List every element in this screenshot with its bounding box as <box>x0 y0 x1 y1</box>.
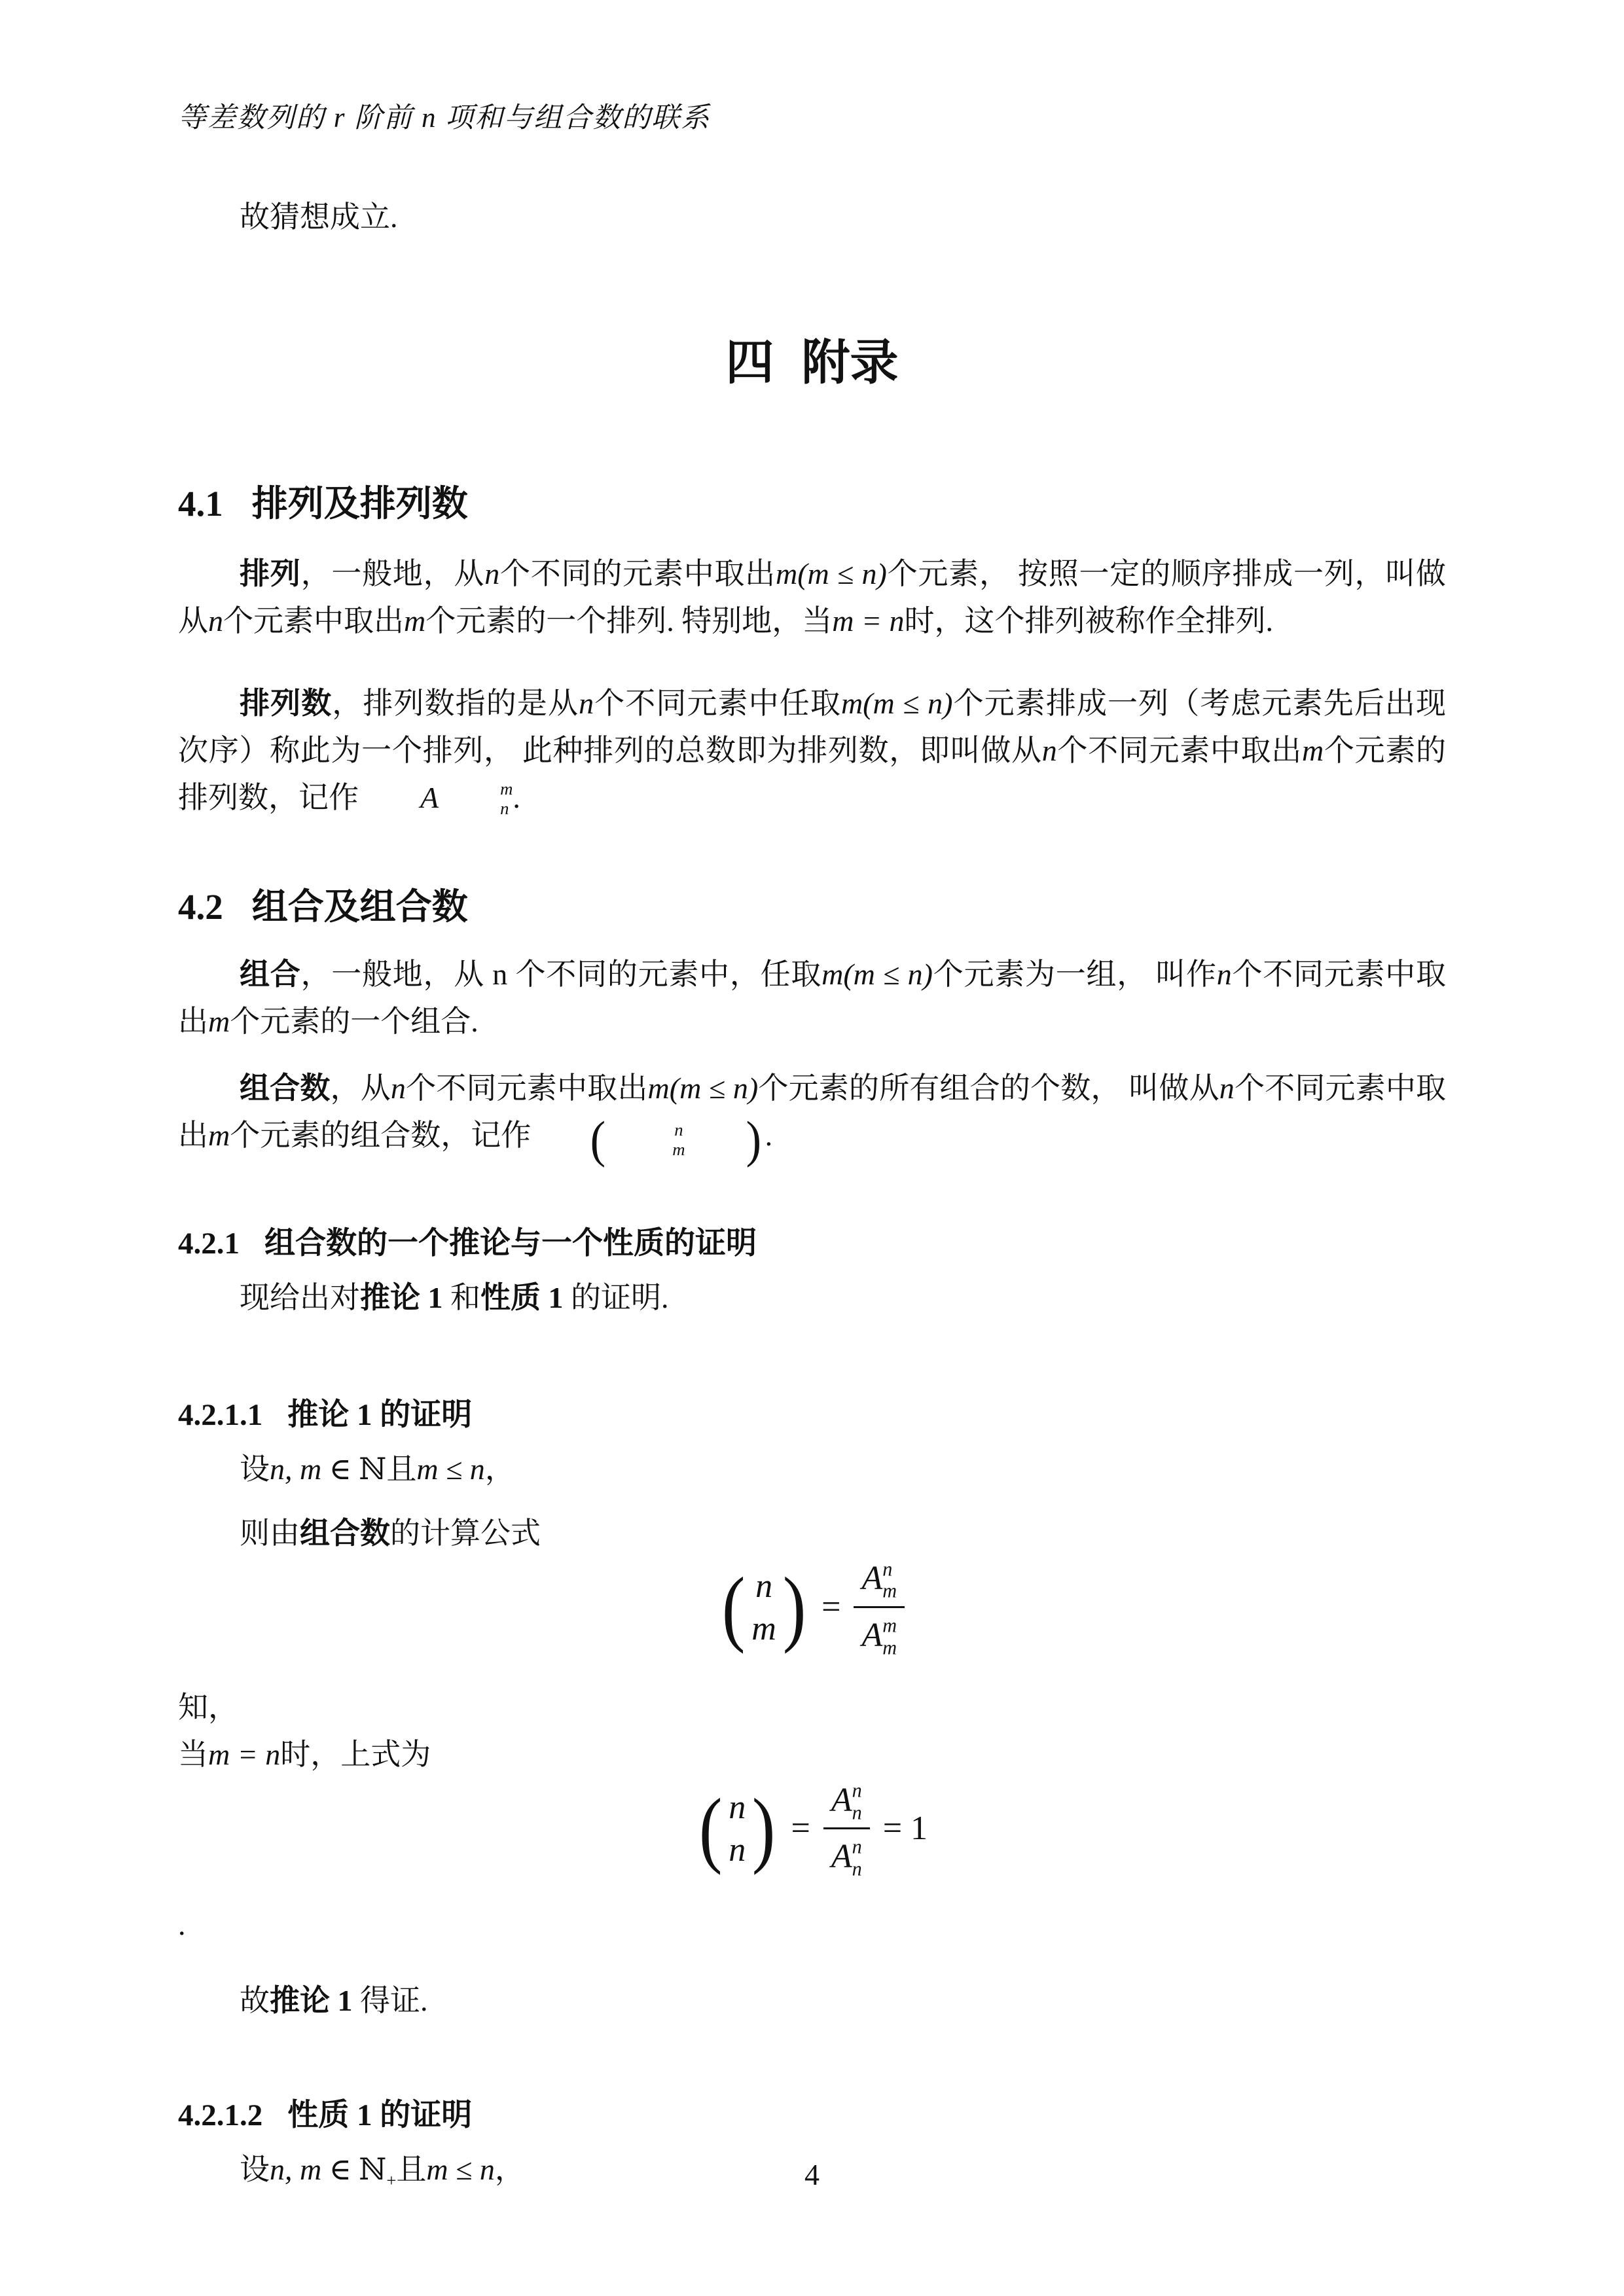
text-segment: 的计算公式 <box>390 1516 541 1550</box>
text-segment: 个不同的元素中取出 <box>499 557 776 590</box>
paragraph-know: 知， <box>178 1684 1446 1731</box>
subsubsection-number: 4.2.1.2 <box>178 2098 262 2132</box>
fraction: A n n A n n <box>823 1778 870 1879</box>
text-segment: 排列 <box>240 557 301 590</box>
display-formula-binom-nn: ( n n ) = A n n <box>0 1778 1624 1879</box>
text-segment: m(m ≤ n) <box>776 557 887 590</box>
subsubsection-number: 4.2.1.1 <box>178 1398 262 1432</box>
section-heading-4-2: 4.2组合及组合数 <box>178 884 1446 930</box>
text-segment: 个不同元素中取出 <box>406 1071 648 1105</box>
equals-sign: = <box>791 1812 810 1846</box>
subsubsection-heading-4-2-1-2: 4.2.1.2性质 1 的证明 <box>178 2095 1446 2136</box>
text-segment: m(m ≤ n) <box>648 1071 759 1105</box>
numerator-base: A <box>861 1562 882 1596</box>
denominator-base: A <box>861 1619 882 1653</box>
subsubsection-heading-4-2-1-1: 4.2.1.1推论 1 的证明 <box>178 1395 1446 1435</box>
text-segment: 推论 1 <box>270 1984 353 2017</box>
text-segment: ∈ ℕ且 <box>321 1452 416 1486</box>
display-formula-binom-definition: ( n m ) = A n m <box>0 1557 1624 1658</box>
section-title: 排列及排列数 <box>252 484 468 524</box>
left-paren: ( <box>699 1786 723 1871</box>
equals-sign: = <box>821 1590 840 1624</box>
text-segment: ，排列数指的是从 <box>332 687 579 720</box>
paragraph-proof-intro: 现给出对推论 1 和性质 1 的证明. <box>178 1274 1446 1321</box>
chapter-number: 四 <box>726 336 774 390</box>
section-heading-4-1: 4.1排列及排列数 <box>178 481 1446 527</box>
paragraph-when-m-equals-n: 当m = n时，上式为 <box>178 1731 1446 1778</box>
fraction: A n m A m m <box>854 1557 905 1658</box>
text-segment: m = n <box>832 604 904 637</box>
text-segment: 得证. <box>353 1984 428 2017</box>
text-segment: (nm) <box>531 1114 765 1165</box>
numerator-subscript: n <box>852 1802 862 1824</box>
text-segment: ，从 <box>331 1071 391 1105</box>
text-segment: m ≤ n <box>416 1452 484 1486</box>
text-segment: m <box>404 604 425 637</box>
text-segment: 组合数 <box>300 1516 390 1550</box>
text-segment: n, m <box>270 1452 321 1486</box>
text-segment: 个不同元素中任取 <box>594 687 841 720</box>
text-segment: m <box>208 1119 230 1152</box>
text-segment: m(m ≤ n) <box>841 687 953 720</box>
text-segment: . <box>513 781 520 814</box>
section-title: 组合及组合数 <box>252 887 468 927</box>
text-segment: 设 <box>240 1452 270 1486</box>
paragraph-then-formula: 则由组合数的计算公式 <box>178 1510 1446 1557</box>
section-number: 4.2 <box>178 887 223 927</box>
equals-one: = 1 <box>883 1812 928 1846</box>
text-segment: 个元素的一个排列. 特别地，当 <box>425 604 832 637</box>
text-segment: 个元素的一个组合. <box>230 1005 478 1038</box>
denominator-superscript: n <box>852 1837 862 1859</box>
text-segment: 组合数 <box>240 1071 331 1105</box>
text-segment: 现给出对 <box>240 1281 360 1314</box>
subsubsection-title: 性质 1 的证明 <box>287 2098 472 2132</box>
text-segment: 性质 1 <box>480 1281 564 1314</box>
binom-top: n <box>755 1565 772 1607</box>
text-segment: ，一般地，从 <box>301 557 485 590</box>
text-segment: . <box>178 1908 186 1941</box>
text-segment: 个元素中取出 <box>223 604 404 637</box>
subsubsection-title: 推论 1 的证明 <box>287 1398 472 1432</box>
denominator-base: A <box>831 1840 852 1874</box>
text-segment: n <box>1219 1071 1235 1105</box>
text-segment: n <box>579 687 594 720</box>
text-segment: 时，这个排列被称作全排列. <box>905 604 1274 637</box>
text-segment: 的证明. <box>564 1281 669 1314</box>
binom-bottom: n <box>729 1829 746 1871</box>
text-segment: ， <box>485 1452 515 1486</box>
binom-bottom: m <box>751 1607 776 1650</box>
right-paren: ) <box>783 1565 806 1650</box>
text-segment: 和 <box>443 1281 481 1314</box>
paragraph-combination-number: 组合数，从n个不同元素中取出m(m ≤ n)个元素的所有组合的个数， 叫做从n个… <box>178 1065 1446 1166</box>
text-segment: 故猜想成立. <box>240 200 398 234</box>
page-number: 4 <box>0 2157 1624 2192</box>
text-segment: 故 <box>240 1984 270 2017</box>
text-segment: m = n <box>208 1738 280 1771</box>
text-segment: 组合 <box>240 958 301 991</box>
paragraph-stray-period: . <box>178 1901 1446 1948</box>
numerator-base: A <box>831 1784 852 1818</box>
text-segment: 个元素的所有组合的个数， 叫做从 <box>758 1071 1219 1105</box>
text-segment: 推论 1 <box>360 1281 443 1314</box>
paragraph-let-nm: 设n, m ∈ ℕ且m ≤ n， <box>178 1446 1446 1493</box>
text-segment: 时，上式为 <box>280 1738 431 1771</box>
document-page: 等差数列的 r 阶前 n 项和与组合数的联系 故猜想成立. 四附录 4.1排列及… <box>0 0 1624 2296</box>
numerator-subscript: m <box>882 1581 897 1603</box>
text-segment: m <box>1302 734 1324 767</box>
text-segment: n <box>484 557 499 590</box>
text-segment: 知， <box>178 1691 238 1724</box>
text-segment: 个元素的组合数，记作 <box>230 1119 531 1152</box>
text-segment: ，一般地，从 n 个不同的元素中，任取 <box>301 958 822 991</box>
text-segment: n <box>1042 734 1057 767</box>
subsection-title: 组合数的一个推论与一个性质的证明 <box>264 1227 757 1261</box>
text-segment: m(m ≤ n) <box>821 958 933 991</box>
paragraph-permutation-number: 排列数，排列数指的是从n个不同元素中任取m(m ≤ n)个元素排成一列（考虑元素… <box>178 680 1446 821</box>
text-segment: . <box>765 1119 773 1152</box>
left-paren: ( <box>722 1565 746 1650</box>
chapter-title: 附录 <box>802 336 899 390</box>
binom-top: n <box>729 1786 746 1829</box>
text-segment: 当 <box>178 1738 208 1771</box>
text-segment: n <box>391 1071 406 1105</box>
text-segment: m <box>208 1005 230 1038</box>
paragraph-conclusion-top: 故猜想成立. <box>178 194 1446 241</box>
text-segment: n <box>208 604 223 637</box>
paragraph-permutation: 排列，一般地，从n个不同的元素中取出m(m ≤ n)个元素， 按照一定的顺序排成… <box>178 550 1446 645</box>
denominator-superscript: m <box>882 1615 897 1638</box>
running-header: 等差数列的 r 阶前 n 项和与组合数的联系 <box>178 98 1446 139</box>
paragraph-combination: 组合，一般地，从 n 个不同的元素中，任取m(m ≤ n)个元素为一组， 叫作n… <box>178 951 1446 1045</box>
text-segment: 排列数 <box>240 687 332 720</box>
text-segment: 则由 <box>240 1516 300 1550</box>
subsection-heading-4-2-1: 4.2.1组合数的一个推论与一个性质的证明 <box>178 1223 1446 1264</box>
right-paren: ) <box>752 1786 776 1871</box>
text-segment: n <box>1217 958 1232 991</box>
denominator-subscript: m <box>882 1637 897 1659</box>
paragraph-corollary-proved: 故推论 1 得证. <box>178 1977 1446 2024</box>
text-segment: 个元素为一组， 叫作 <box>933 958 1217 991</box>
denominator-subscript: n <box>852 1858 862 1880</box>
numerator-superscript: n <box>852 1780 862 1802</box>
chapter-heading: 四附录 <box>0 332 1624 395</box>
numerator-superscript: n <box>882 1558 892 1581</box>
section-number: 4.1 <box>178 484 223 524</box>
text-segment: 个不同元素中取出 <box>1057 734 1302 767</box>
text-segment: Amn <box>359 774 513 821</box>
subsection-number: 4.2.1 <box>178 1227 240 1261</box>
